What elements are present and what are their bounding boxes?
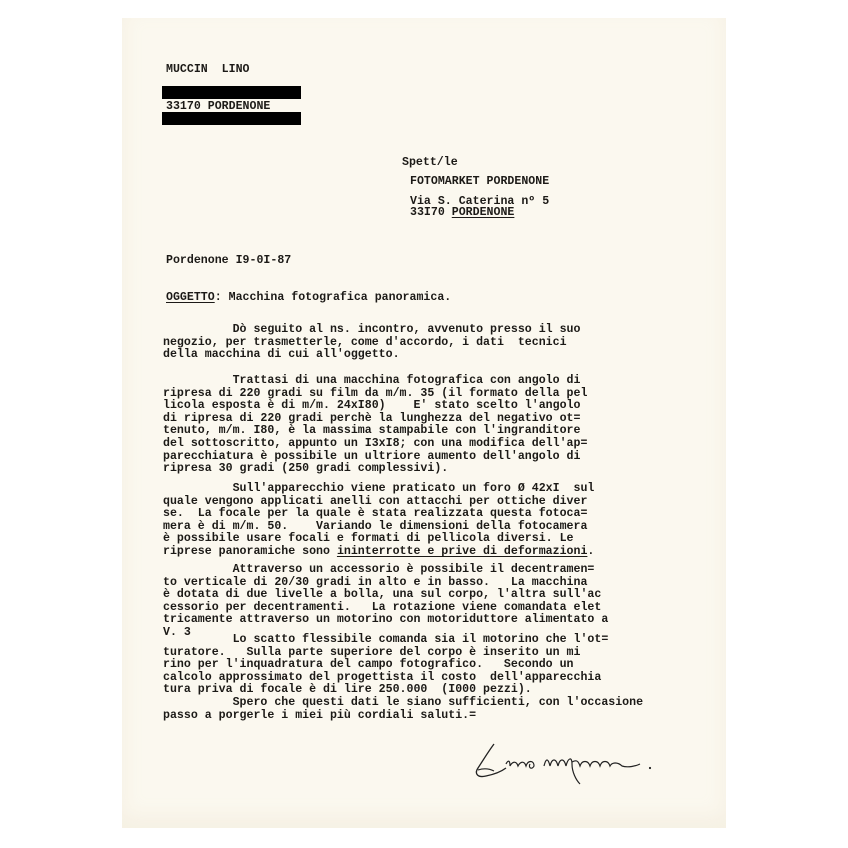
body-paragraph-6: Spero che questi dati le siano sufficien… bbox=[163, 697, 643, 722]
text-line: Trattasi di una macchina fotografica con… bbox=[163, 375, 587, 388]
text-line: tricamente attraverso un motorino con mo… bbox=[163, 614, 608, 627]
subject-line: OGGETTO: Macchina fotografica panoramica… bbox=[166, 292, 451, 305]
sender-name: MUCCIN LINO bbox=[166, 64, 250, 77]
text-line: se. La focale per la quale è stata reali… bbox=[163, 508, 594, 521]
body-paragraph-3: Sull'apparecchio viene praticato un foro… bbox=[163, 483, 594, 559]
text-line: del sottoscritto, appunto un I3xI8; con … bbox=[163, 438, 587, 451]
recipient-city: PORDENONE bbox=[452, 206, 515, 219]
recipient-city-line: 33I70 PORDENONE bbox=[410, 207, 514, 220]
text-line: Lo scatto flessibile comanda sia il moto… bbox=[163, 634, 608, 647]
text-line: passo a porgerle i miei più cordiali sal… bbox=[163, 710, 643, 723]
redaction-bar bbox=[162, 112, 301, 125]
date-line: Pordenone I9-0I-87 bbox=[166, 255, 291, 268]
subject-text: : Macchina fotografica panoramica. bbox=[215, 291, 452, 304]
text-line: Spero che questi dati le siano sufficien… bbox=[163, 697, 643, 710]
body-paragraph-5: Lo scatto flessibile comanda sia il moto… bbox=[163, 634, 608, 697]
handwritten-signature: Lino Muccin bbox=[472, 738, 662, 788]
text-line: ripresa 30 gradi (250 gradi complessivi)… bbox=[163, 463, 587, 476]
body-paragraph-4: Attraverso un accessorio è possibile il … bbox=[163, 564, 608, 640]
recipient-salutation: Spett/le bbox=[402, 157, 458, 170]
recipient-company: FOTOMARKET PORDENONE bbox=[410, 176, 549, 189]
text-line: Sull'apparecchio viene praticato un foro… bbox=[163, 483, 594, 496]
text-line: Dò seguito al ns. incontro, avvenuto pre… bbox=[163, 324, 580, 337]
underlined-phrase: ininterrotte e prive di deformazioni bbox=[337, 545, 587, 558]
redaction-bar bbox=[162, 86, 301, 99]
text-line: è dotata di due livelle a bolla, una sul… bbox=[163, 589, 608, 602]
recipient-postcode: 33I70 bbox=[410, 206, 445, 219]
body-paragraph-1: Dò seguito al ns. incontro, avvenuto pre… bbox=[163, 324, 580, 362]
body-paragraph-2: Trattasi di una macchina fotografica con… bbox=[163, 375, 587, 476]
text-line: della macchina di cui all'oggetto. bbox=[163, 349, 580, 362]
subject-label: OGGETTO bbox=[166, 291, 215, 304]
text-line: riprese panoramiche sono ininterrotte e … bbox=[163, 546, 594, 559]
text-line: licola esposta è di m/m. 24xI80) E' stat… bbox=[163, 400, 587, 413]
text-line: Attraverso un accessorio è possibile il … bbox=[163, 564, 608, 577]
text-line: rino per l'inquadratura del campo fotogr… bbox=[163, 659, 608, 672]
